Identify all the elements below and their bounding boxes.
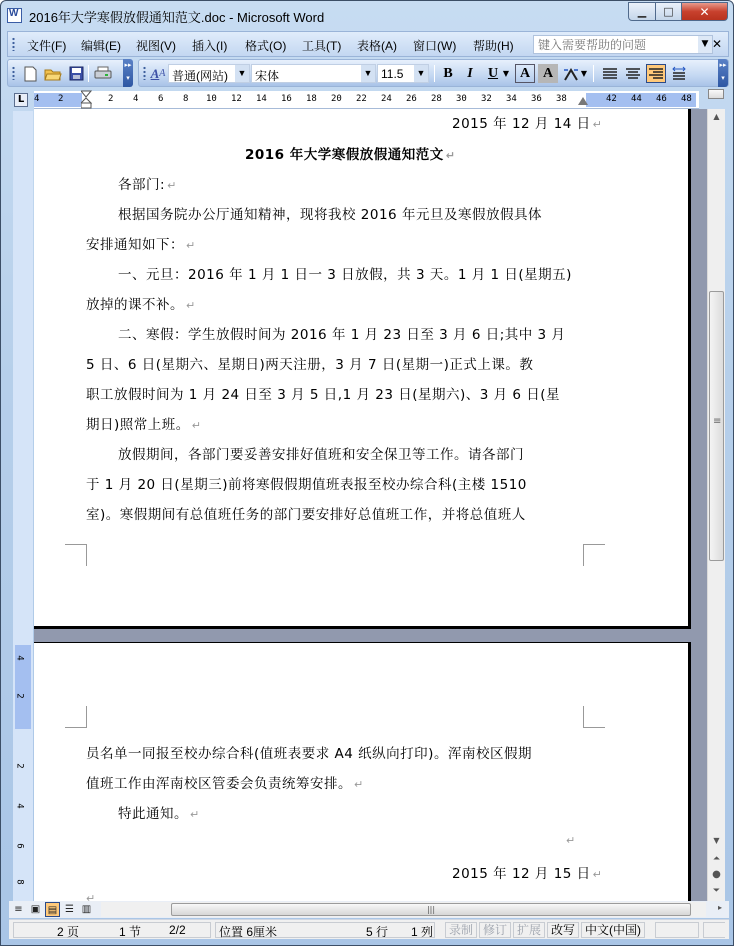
status-spelling[interactable] bbox=[655, 922, 699, 938]
toolbar-options-chevron[interactable]: ▸▸▾ bbox=[123, 59, 133, 87]
help-search-box[interactable]: ▼ bbox=[533, 35, 713, 54]
first-line-indent-marker[interactable] bbox=[81, 90, 92, 109]
style-select[interactable]: 普通(网站) ▼ bbox=[168, 64, 250, 83]
body-line: 值班工作由浑南校区管委会负责统筹安排。↵ bbox=[86, 772, 364, 792]
status-position: 位置 6厘米 bbox=[219, 923, 277, 940]
status-section: 1 节 bbox=[119, 923, 141, 940]
underline-button[interactable]: U bbox=[483, 64, 503, 83]
empty-paragraph: ↵ bbox=[84, 890, 96, 901]
body-line: 职工放假时间为 1 月 24 日至 3 月 5 日,1 月 23 日(星期六)、… bbox=[86, 383, 560, 403]
font-dropdown-icon[interactable]: ▼ bbox=[361, 65, 375, 82]
body-line: 放假期间，各部门要妥善安排好值班和安全保卫等工作。请各部门 bbox=[118, 443, 524, 463]
reading-layout-view-icon[interactable]: ▥ bbox=[79, 902, 94, 917]
date-bottom: 2015 年 12 月 15 日↵ bbox=[452, 862, 602, 882]
scroll-down-icon[interactable]: ▼ bbox=[708, 833, 725, 849]
help-dropdown-icon[interactable]: ▼ bbox=[698, 36, 712, 53]
formatting-toolbar: AA 普通(网站) ▼ 宋体 ▼ 11.5 ▼ B I U ▼ A A ▼ bbox=[138, 59, 729, 87]
crop-mark bbox=[583, 706, 605, 728]
minimize-button[interactable]: ▁ bbox=[628, 2, 656, 21]
scroll-right-icon[interactable]: ▸ bbox=[718, 903, 722, 912]
normal-view-icon[interactable]: ≡ bbox=[11, 902, 26, 917]
align-center-icon[interactable] bbox=[623, 64, 643, 83]
body-line: 放掉的课不补。↵ bbox=[86, 293, 196, 313]
title-bar: 2016年大学寒假放假通知范文.doc - Microsoft Word ▁ □… bbox=[1, 1, 733, 29]
status-resize-grip[interactable] bbox=[703, 922, 725, 938]
web-layout-view-icon[interactable]: ▣ bbox=[28, 902, 43, 917]
help-search-input[interactable] bbox=[534, 36, 694, 53]
font-select[interactable]: 宋体 ▼ bbox=[251, 64, 376, 83]
word-window: 2016年大学寒假放假通知范文.doc - Microsoft Word ▁ □… bbox=[0, 0, 734, 946]
bold-button[interactable]: B bbox=[438, 64, 458, 83]
empty-paragraph: ↵ bbox=[564, 832, 576, 848]
body-line: 员名单一同报至校办综合科(值班表要求 A4 纸纵向打印)。浑南校区假期 bbox=[86, 742, 532, 762]
character-shading-button[interactable]: A bbox=[538, 64, 558, 83]
vertical-ruler[interactable]: 4 2 2 4 6 8 bbox=[13, 111, 33, 901]
close-document-button[interactable]: ✕ bbox=[712, 37, 722, 51]
document-title: 2016 年大学寒假放假通知范文↵ bbox=[245, 143, 456, 163]
body-line: 一、元旦：2016 年 1 月 1 日一 3 日放假，共 3 天。1 月 1 日… bbox=[118, 263, 572, 283]
style-dropdown-icon[interactable]: ▼ bbox=[235, 65, 249, 82]
character-border-button[interactable]: A bbox=[515, 64, 535, 83]
print-layout-view-icon[interactable]: ▤ bbox=[45, 902, 60, 917]
vertical-scrollbar[interactable]: ▲ ▼ ⏶ ● ⏷ bbox=[707, 109, 725, 901]
styles-formatting-icon[interactable]: AA bbox=[148, 64, 168, 83]
status-track-changes[interactable]: 修订 bbox=[479, 922, 511, 938]
previous-page-icon[interactable]: ⏶ bbox=[708, 851, 725, 867]
word-app-icon[interactable] bbox=[7, 8, 22, 23]
body-line: 各部门:↵ bbox=[118, 173, 177, 193]
body-line: 室)。寒假期间有总值班任务的部门要安排好总值班工作，并将总值班人 bbox=[86, 503, 526, 523]
status-column: 1 列 bbox=[411, 923, 433, 940]
status-page: 2 页 bbox=[57, 923, 79, 940]
status-record[interactable]: 录制 bbox=[445, 922, 477, 938]
font-size-dropdown-icon[interactable]: ▼ bbox=[414, 65, 428, 82]
menu-window[interactable]: 窗口(W) bbox=[413, 37, 456, 54]
status-extend[interactable]: 扩展 bbox=[513, 922, 545, 938]
format-toolbar-grip[interactable] bbox=[143, 66, 146, 80]
body-line: 5 日、6 日(星期六、星期日)两天注册，3 月 7 日(星期一)正式上课。教 bbox=[86, 353, 533, 373]
align-right-icon[interactable] bbox=[646, 64, 666, 83]
scroll-up-icon[interactable]: ▲ bbox=[708, 109, 725, 125]
body-line: 根据国务院办公厅通知精神，现将我校 2016 年元旦及寒假放假具体 bbox=[118, 203, 542, 223]
distributed-align-icon[interactable] bbox=[669, 64, 689, 83]
horizontal-scrollbar[interactable]: ||| ▸ bbox=[101, 902, 706, 917]
font-size-select[interactable]: 11.5 ▼ bbox=[377, 64, 429, 83]
menu-grip-handle[interactable] bbox=[12, 37, 15, 51]
status-bar: 2 页 1 节 2/2 位置 6厘米 5 行 1 列 录制 修订 扩展 改写 中… bbox=[9, 919, 729, 939]
vertical-scroll-thumb[interactable] bbox=[709, 291, 724, 561]
menu-help[interactable]: 帮助(H) bbox=[473, 37, 514, 54]
menu-insert[interactable]: 插入(I) bbox=[192, 37, 227, 54]
close-button[interactable]: ✕ bbox=[682, 2, 728, 21]
menu-table[interactable]: 表格(A) bbox=[357, 37, 397, 54]
body-line: 安排通知如下：↵ bbox=[86, 233, 196, 253]
outline-view-icon[interactable]: ☰ bbox=[62, 902, 77, 917]
menu-edit[interactable]: 编辑(E) bbox=[81, 37, 121, 54]
page-1[interactable]: 2015 年 12 月 14 日↵ 2016 年大学寒假放假通知范文↵ 各部门:… bbox=[34, 109, 691, 629]
crop-mark bbox=[583, 544, 605, 566]
crop-mark bbox=[65, 544, 87, 566]
maximize-button[interactable]: □ bbox=[656, 2, 682, 21]
menu-tools[interactable]: 工具(T) bbox=[302, 37, 341, 54]
format-toolbar-options-chevron[interactable]: ▸▸▾ bbox=[718, 59, 728, 87]
page-2[interactable]: 员名单一同报至校办综合科(值班表要求 A4 纸纵向打印)。浑南校区假期 值班工作… bbox=[34, 642, 691, 901]
align-justify-icon[interactable] bbox=[600, 64, 620, 83]
toolbar-grip-handle[interactable] bbox=[12, 66, 15, 80]
menu-bar: 文件(F) 编辑(E) 视图(V) 插入(I) 格式(O) 工具(T) 表格(A… bbox=[7, 31, 729, 57]
status-page-of: 2/2 bbox=[169, 923, 186, 937]
character-scaling-icon[interactable] bbox=[561, 64, 581, 83]
body-line: 期日)照常上班。↵ bbox=[86, 413, 202, 433]
scaling-dropdown-icon[interactable]: ▼ bbox=[579, 64, 589, 83]
horizontal-ruler[interactable]: 4 2 2 4 6 8 10 12 14 16 18 20 22 24 26 2… bbox=[34, 91, 699, 109]
body-line: 特此通知。↵ bbox=[118, 802, 200, 822]
body-line: 二、寒假：学生放假时间为 2016 年 1 月 23 日至 3 月 6 日;其中… bbox=[118, 323, 565, 343]
tab-stop-selector[interactable]: L bbox=[14, 93, 28, 107]
document-area[interactable]: 2015 年 12 月 14 日↵ 2016 年大学寒假放假通知范文↵ 各部门:… bbox=[34, 109, 707, 901]
horizontal-scroll-thumb[interactable]: ||| bbox=[171, 903, 691, 916]
standard-toolbar bbox=[7, 59, 125, 87]
save-icon[interactable] bbox=[66, 64, 86, 83]
menu-file[interactable]: 文件(F) bbox=[27, 37, 66, 54]
open-folder-icon[interactable] bbox=[43, 64, 63, 83]
right-indent-marker[interactable] bbox=[578, 97, 588, 105]
status-language[interactable]: 中文(中国) bbox=[581, 922, 645, 938]
window-title: 2016年大学寒假放假通知范文.doc - Microsoft Word bbox=[29, 7, 324, 26]
menu-format[interactable]: 格式(O) bbox=[245, 37, 286, 54]
split-box-handle[interactable] bbox=[708, 89, 724, 99]
status-line: 5 行 bbox=[366, 923, 388, 940]
next-page-icon[interactable]: ⏷ bbox=[708, 883, 725, 899]
status-overtype[interactable]: 改写 bbox=[547, 922, 579, 938]
body-line: 于 1 月 20 日(星期三)前将寒假假期值班表报至校办综合科(主楼 1510 bbox=[86, 473, 527, 493]
underline-dropdown-icon[interactable]: ▼ bbox=[501, 64, 511, 83]
select-browse-object-icon[interactable]: ● bbox=[708, 867, 725, 883]
print-icon[interactable] bbox=[93, 64, 113, 83]
new-document-icon[interactable] bbox=[20, 64, 40, 83]
crop-mark bbox=[65, 706, 87, 728]
italic-button[interactable]: I bbox=[460, 64, 480, 83]
date-top: 2015 年 12 月 14 日↵ bbox=[452, 112, 602, 132]
menu-view[interactable]: 视图(V) bbox=[136, 37, 176, 54]
